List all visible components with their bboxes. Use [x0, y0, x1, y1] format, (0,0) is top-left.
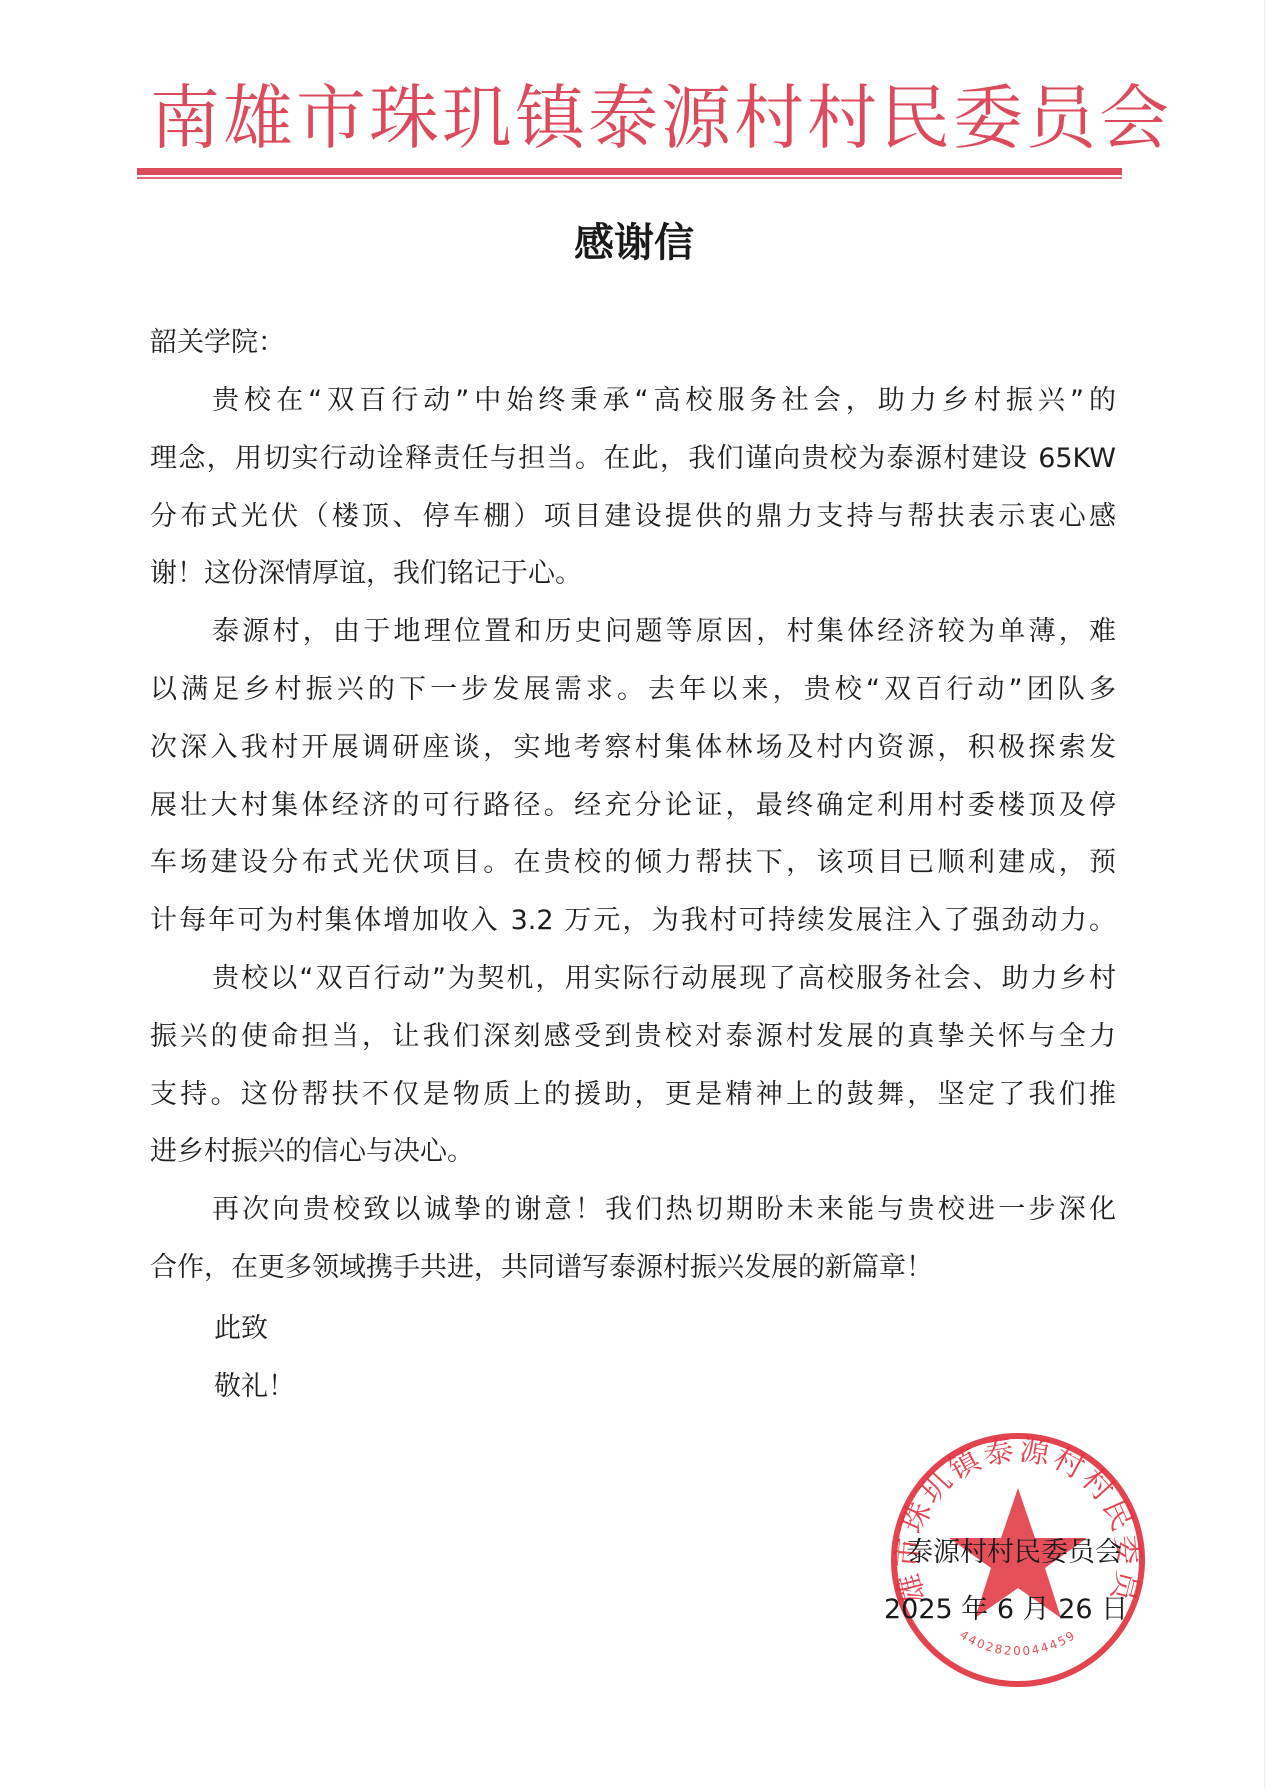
page-edge: [1264, 0, 1265, 1789]
body-line: 振兴的使命担当，让我们深刻感受到贵校对泰源村发展的真挚关怀与全力: [150, 1008, 1116, 1066]
signature-org: 泰源村村民委员会: [884, 1536, 1122, 1570]
body-line: 进乡村振兴的信心与决心。: [150, 1123, 1116, 1181]
body-line: 展壮大村集体经济的可行路径。经充分论证，最终确定利用村委楼顶及停: [150, 777, 1116, 835]
letterhead-rule-thick: [137, 168, 1122, 175]
body-line: 贵校以“双百行动”为契机，用实际行动展现了高校服务社会、助力乡村: [150, 950, 1116, 1008]
body-line: 泰源村，由于地理位置和历史问题等原因，村集体经济较为单薄，难: [150, 603, 1116, 661]
paragraph-1: 贵校在“双百行动”中始终秉承“高校服务社会，助力乡村振兴”的 理念，用切实行动诠…: [150, 372, 1116, 603]
body-line: 理念，用切实行动诠释责任与担当。在此，我们谨向贵校为泰源村建设 65KW: [150, 430, 1116, 488]
letterhead-org-name: 南雄市珠玑镇泰源村村民委员会: [150, 76, 1120, 160]
body-line: 车场建设分布式光伏项目。在贵校的倾力帮扶下，该项目已顺利建成，预: [150, 834, 1116, 892]
paragraph-2: 泰源村，由于地理位置和历史问题等原因，村集体经济较为单薄，难 以满足乡村振兴的下…: [150, 603, 1116, 950]
signature-date: 2025 年 6 月 26 日: [884, 1593, 1122, 1627]
salutation: 韶关学院：: [150, 325, 285, 361]
body-line: 谢！这份深情厚谊，我们铭记于心。: [150, 545, 1116, 603]
body-line: 分布式光伏（楼顶、停车棚）项目建设提供的鼎力支持与帮扶表示衷心感: [150, 488, 1116, 546]
body-line: 贵校在“双百行动”中始终秉承“高校服务社会，助力乡村振兴”的: [150, 372, 1116, 430]
body-line: 计每年可为村集体增加收入 3.2 万元，为我村可持续发展注入了强劲动力。: [150, 892, 1116, 950]
closing-line-1: 此致: [214, 1311, 268, 1347]
svg-text:4402820044459: 4402820044459: [957, 1628, 1079, 1659]
seal-code: 4402820044459: [957, 1628, 1079, 1659]
paragraph-4: 再次向贵校致以诚挚的谢意！我们热切期盼未来能与贵校进一步深化 合作，在更多领域携…: [150, 1181, 1116, 1297]
paragraph-3: 贵校以“双百行动”为契机，用实际行动展现了高校服务社会、助力乡村 振兴的使命担当…: [150, 950, 1116, 1181]
letter-title: 感谢信: [0, 218, 1268, 268]
body-line: 以满足乡村振兴的下一步发展需求。去年以来，贵校“双百行动”团队多: [150, 661, 1116, 719]
body-line: 合作，在更多领域携手共进，共同谱写泰源村振兴发展的新篇章！: [150, 1239, 1116, 1297]
letterhead-rule-thin: [137, 177, 1122, 179]
body-line: 再次向贵校致以诚挚的谢意！我们热切期盼未来能与贵校进一步深化: [150, 1181, 1116, 1239]
letter-body: 贵校在“双百行动”中始终秉承“高校服务社会，助力乡村振兴”的 理念，用切实行动诠…: [150, 372, 1116, 1297]
body-line: 支持。这份帮扶不仅是物质上的援助，更是精神上的鼓舞，坚定了我们推: [150, 1066, 1116, 1124]
body-line: 次深入我村开展调研座谈，实地考察村集体林场及村内资源，积极探索发: [150, 719, 1116, 777]
closing-line-2: 敬礼！: [214, 1369, 295, 1405]
